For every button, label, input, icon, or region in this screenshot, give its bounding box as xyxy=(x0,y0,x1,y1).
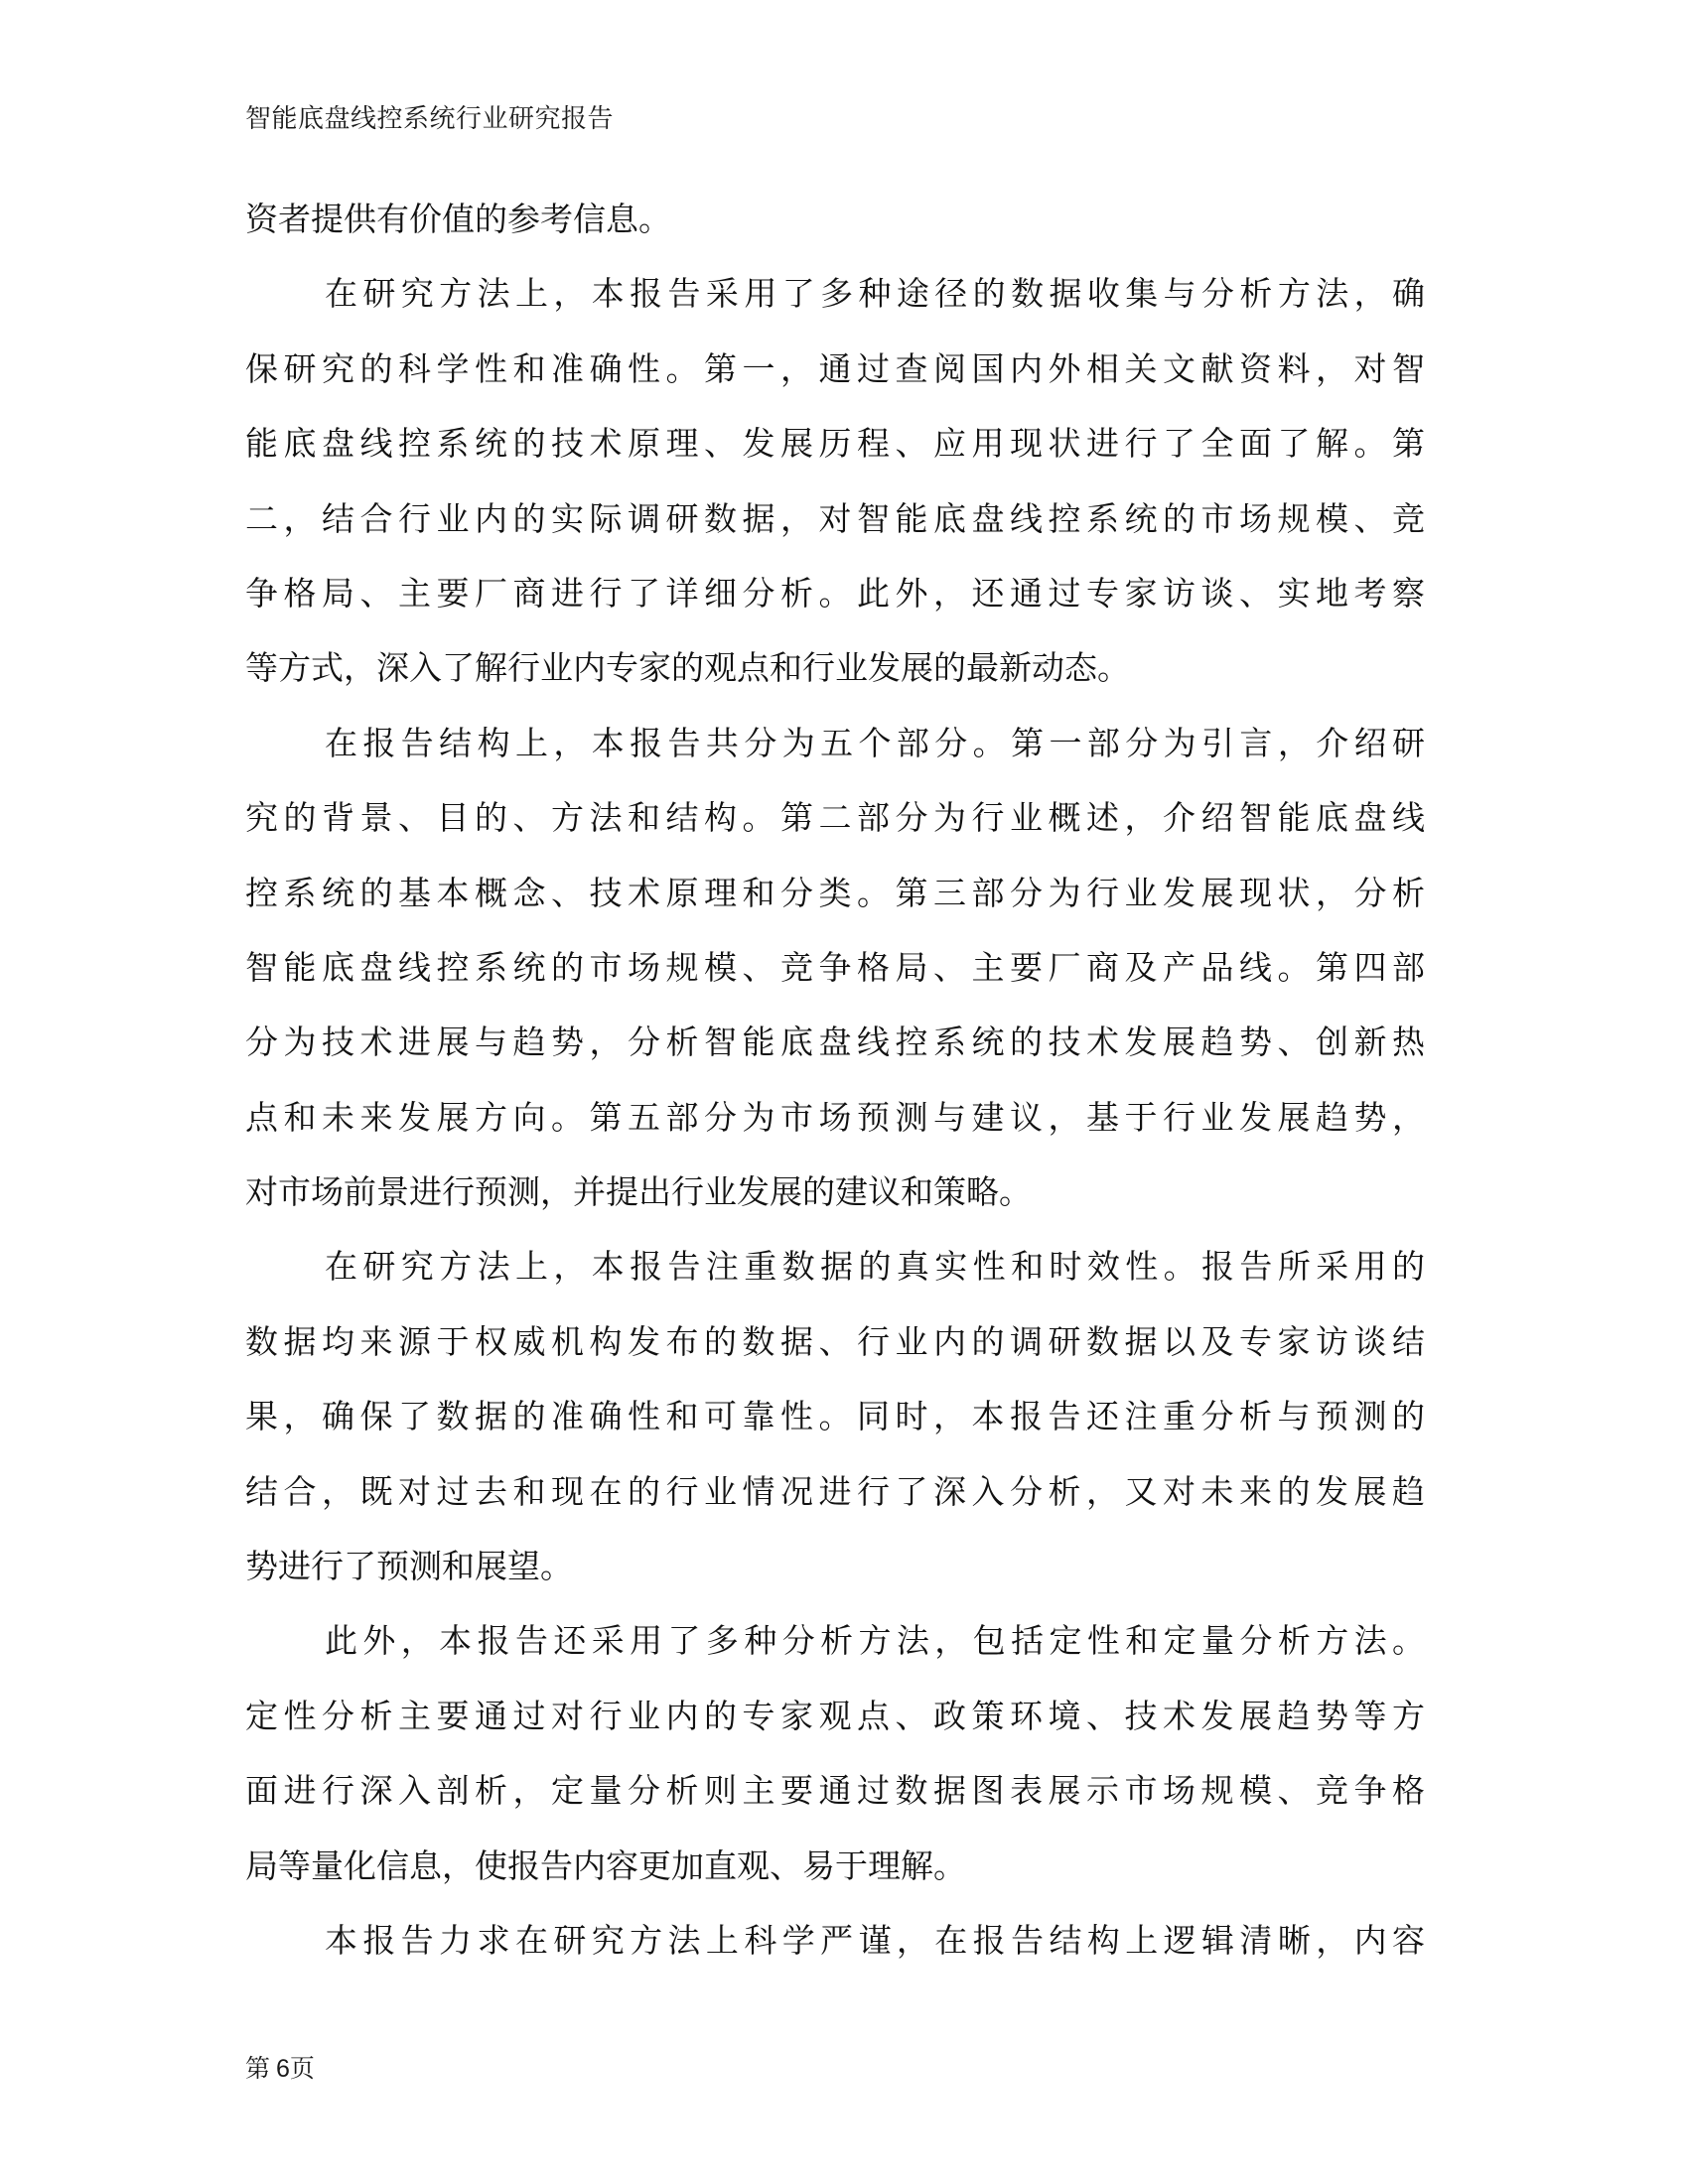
text-line: 对市场前景进行预测，并提出行业发展的建议和策略。 xyxy=(245,1167,1425,1242)
text-line: 势进行了预测和展望。 xyxy=(245,1542,1425,1616)
text-line: 在报告结构上，本报告共分为五个部分。第一部分为引言，介绍研 xyxy=(245,719,1425,793)
text-line: 结合，既对过去和现在的行业情况进行了深入分析，又对未来的发展趋 xyxy=(245,1467,1425,1542)
paragraph-research-methods: 在研究方法上，本报告采用了多种途径的数据收集与分析方法，确 保研究的科学性和准确… xyxy=(245,269,1425,718)
text-line: 究的背景、目的、方法和结构。第二部分为行业概述，介绍智能底盘线 xyxy=(245,793,1425,868)
text-line: 点和未来发展方向。第五部分为市场预测与建议，基于行业发展趋势， xyxy=(245,1093,1425,1167)
text-line: 在研究方法上，本报告注重数据的真实性和时效性。报告所采用的 xyxy=(245,1242,1425,1316)
text-line: 等方式，深入了解行业内专家的观点和行业发展的最新动态。 xyxy=(245,643,1425,718)
text-line: 资者提供有价值的参考信息。 xyxy=(245,195,1425,269)
running-header-title: 智能底盘线控系统行业研究报告 xyxy=(245,99,614,139)
page-number-footer: 第6页 xyxy=(245,2049,315,2089)
text-line: 争格局、主要厂商进行了详细分析。此外，还通过专家访谈、实地考察 xyxy=(245,569,1425,643)
paragraph-continuation: 资者提供有价值的参考信息。 xyxy=(245,195,1425,269)
report-body: 资者提供有价值的参考信息。 在研究方法上，本报告采用了多种途径的数据收集与分析方… xyxy=(245,195,1425,1990)
text-line: 本报告力求在研究方法上科学严谨，在报告结构上逻辑清晰，内容 xyxy=(245,1916,1425,1990)
text-line: 果，确保了数据的准确性和可靠性。同时，本报告还注重分析与预测的 xyxy=(245,1392,1425,1466)
text-line: 数据均来源于权威机构发布的数据、行业内的调研数据以及专家访谈结 xyxy=(245,1317,1425,1392)
text-line: 智能底盘线控系统的市场规模、竞争格局、主要厂商及产品线。第四部 xyxy=(245,943,1425,1018)
text-line: 此外，本报告还采用了多种分析方法，包括定性和定量分析方法。 xyxy=(245,1616,1425,1691)
text-line: 定性分析主要通过对行业内的专家观点、政策环境、技术发展趋势等方 xyxy=(245,1692,1425,1766)
text-line: 面进行深入剖析，定量分析则主要通过数据图表展示市场规模、竞争格 xyxy=(245,1766,1425,1841)
text-line: 在研究方法上，本报告采用了多种途径的数据收集与分析方法，确 xyxy=(245,269,1425,343)
text-line: 保研究的科学性和准确性。第一，通过查阅国内外相关文献资料，对智 xyxy=(245,344,1425,419)
paragraph-report-structure: 在报告结构上，本报告共分为五个部分。第一部分为引言，介绍研 究的背景、目的、方法… xyxy=(245,719,1425,1243)
paragraph-conclusion: 本报告力求在研究方法上科学严谨，在报告结构上逻辑清晰，内容 xyxy=(245,1916,1425,1990)
text-line: 能底盘线控系统的技术原理、发展历程、应用现状进行了全面了解。第 xyxy=(245,419,1425,493)
paragraph-data-authenticity: 在研究方法上，本报告注重数据的真实性和时效性。报告所采用的 数据均来源于权威机构… xyxy=(245,1242,1425,1616)
text-line: 控系统的基本概念、技术原理和分类。第三部分为行业发展现状，分析 xyxy=(245,869,1425,943)
text-line: 局等量化信息，使报告内容更加直观、易于理解。 xyxy=(245,1842,1425,1916)
text-line: 分为技术进展与趋势，分析智能底盘线控系统的技术发展趋势、创新热 xyxy=(245,1018,1425,1092)
page-label-suffix: 页 xyxy=(290,2054,315,2083)
paragraph-analysis-methods: 此外，本报告还采用了多种分析方法，包括定性和定量分析方法。 定性分析主要通过对行… xyxy=(245,1616,1425,1916)
page-label-prefix: 第 xyxy=(245,2054,270,2083)
text-line: 二，结合行业内的实际调研数据，对智能底盘线控系统的市场规模、竞 xyxy=(245,494,1425,569)
page-number: 6 xyxy=(276,2055,290,2083)
